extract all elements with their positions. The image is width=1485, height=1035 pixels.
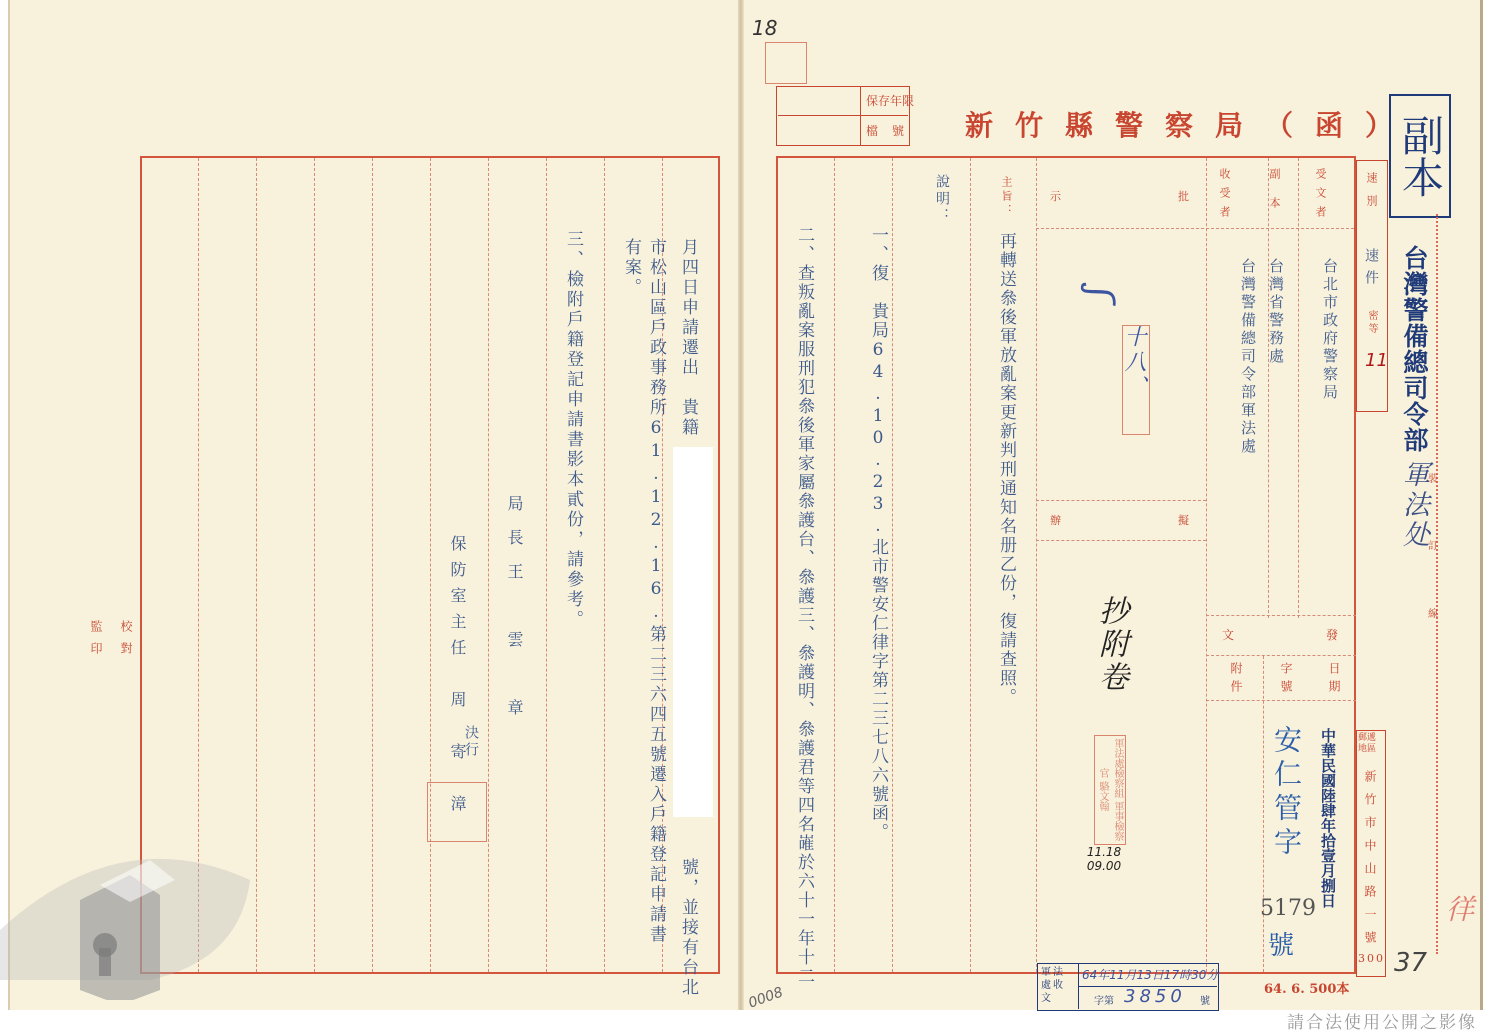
page-fold [738, 0, 744, 1010]
handwritten-37: 37 [1394, 948, 1427, 978]
binding-mark: 線 [1428, 605, 1438, 620]
copy-stamp: 副本 [1389, 94, 1451, 218]
binding-mark: 訂 [1428, 537, 1438, 552]
draft-label-right: 辦 [1050, 512, 1061, 528]
dispatch-section-label: 文 [1222, 626, 1234, 643]
return-address: 新竹市中山路一號 [1362, 770, 1379, 954]
receipt-number-suffix: 號 [1200, 992, 1210, 1007]
column-divider [834, 158, 835, 972]
attachment-label: 附件 [1228, 662, 1245, 698]
print-info: 64. 6. 500本 [1264, 978, 1349, 997]
row-divider [1036, 540, 1206, 541]
column-divider [604, 158, 605, 972]
decision-mark: 決行 [461, 725, 481, 759]
cc-label: 副本 [1266, 168, 1282, 226]
prosecutor-seal: 軍法處檢察組 軍事檢察官 駱文翰 [1094, 735, 1126, 845]
handwritten-note: 徉 [1446, 888, 1474, 928]
row-divider [1036, 228, 1354, 229]
left-grid-right [718, 156, 720, 974]
addressee-value: 台北市政府警察局 [1320, 258, 1341, 402]
dispatch-number-suffix: 號 [1268, 925, 1294, 962]
addressee-label: 受文者 [1312, 168, 1328, 225]
receipt-label: 軍法處收文 [1041, 966, 1075, 1005]
explanation-label: 說明： [932, 174, 952, 225]
column-divider [1263, 656, 1264, 972]
usage-notice: 請合法使用公開之影像 [1287, 1008, 1477, 1033]
column-divider [1036, 158, 1037, 972]
postal-label: 郵遞地區 [1358, 733, 1384, 755]
date-label: 日期 [1326, 662, 1343, 698]
number-label: 字號 [1278, 662, 1295, 698]
page-number-top: 18 [752, 16, 777, 40]
retention-divider [778, 115, 908, 116]
approval-seal [1122, 325, 1150, 435]
column-divider [1298, 158, 1299, 618]
draft-label-left: 擬 [1178, 512, 1189, 528]
agency-title: 新竹縣警察局（函） [965, 104, 1415, 144]
receipt-datetime: 64年11月13日17時30分 [1082, 966, 1218, 983]
explanation-item-1: 一、復 貴局64.10.23.北市警安仁律字第二三七八六號函。 [866, 226, 891, 842]
explanation-line-4: 市松山區戶政事務所61.12.16.第二三六四五號遷入戶籍登記申請書有案。 [619, 238, 669, 958]
dispatch-label-right: 發 [1326, 626, 1338, 643]
instruction-label-left: 批 [1178, 188, 1189, 204]
archive-watermark-icon [0, 840, 250, 1000]
explanation-item-2: 二、查叛亂案服刑犯叅後軍家屬叅護台、叅護三、叅護明、叅護君等四名嶉於六十一年十二 [792, 226, 817, 986]
column-divider [546, 158, 547, 972]
review-timestamp: 11.18 09.00 [1084, 845, 1124, 873]
receipt-number-prefix: 字第 [1094, 992, 1114, 1007]
dispatch-number-prefix: 安仁管字 [1266, 725, 1306, 861]
recipient-label: 收受者 [1216, 168, 1232, 225]
chief-signature: 局長王 雲 章 [503, 495, 526, 733]
director-signature: 保防室主任 周 寄 漳 [446, 535, 469, 821]
receipt-seal-top [765, 42, 807, 84]
column-divider [256, 158, 257, 972]
proofread-label: 校對 [118, 620, 135, 664]
column-divider [488, 158, 489, 972]
seal-label: 監印 [88, 620, 105, 664]
binding-mark: 裝 [1428, 470, 1438, 485]
secrecy-mark: 11 [1365, 350, 1388, 371]
explanation-line-3: 號，並接有台北 [676, 858, 701, 998]
row-divider [1036, 500, 1206, 501]
dispatch-date: 中華民國陸肆年拾壹月捌日 [1318, 728, 1339, 908]
speed-value: 速件 [1361, 248, 1381, 292]
handwritten-addressee: 台灣警備總司令部 [1396, 245, 1432, 453]
redaction-block [673, 447, 713, 817]
retention-label: 保存年限 [866, 92, 914, 109]
column-divider [372, 158, 373, 972]
form-top [776, 156, 1356, 158]
column-divider [1206, 158, 1207, 972]
subject-text: 再轉送叅後軍放亂案更新判刑通知名册乙份，復請查照。 [994, 232, 1019, 707]
dispatch-number: 5179 [1260, 896, 1316, 921]
speed-label: 速別 [1363, 172, 1379, 218]
column-divider [970, 158, 971, 972]
file-number-label: 檔號 [866, 122, 918, 139]
instruction-label-right: 示 [1050, 188, 1061, 204]
row-divider [1206, 615, 1356, 616]
binding-line [1436, 214, 1438, 954]
column-divider [1268, 158, 1269, 618]
director-seal [427, 782, 487, 842]
row-divider [1206, 700, 1356, 701]
recipient-value: 台灣警備總司令部軍法處 [1238, 258, 1259, 456]
postal-code: 300 [1358, 952, 1385, 965]
form-left [776, 156, 778, 974]
secrecy-label: 密等 [1364, 310, 1379, 336]
retention-divider [860, 86, 861, 146]
subject-label: 主旨： [998, 176, 1014, 218]
column-divider [430, 158, 431, 972]
column-divider [892, 158, 893, 972]
row-divider [1206, 655, 1356, 656]
annotation-handwritten: 抄附卷 [1088, 595, 1132, 694]
receipt-number: 3850 [1124, 986, 1186, 1007]
explanation-item-3: 三、檢附戶籍登記申請書影本貳份，請參考。 [561, 230, 586, 950]
cc-value: 台灣省警務處 [1266, 258, 1287, 366]
column-divider [314, 158, 315, 972]
